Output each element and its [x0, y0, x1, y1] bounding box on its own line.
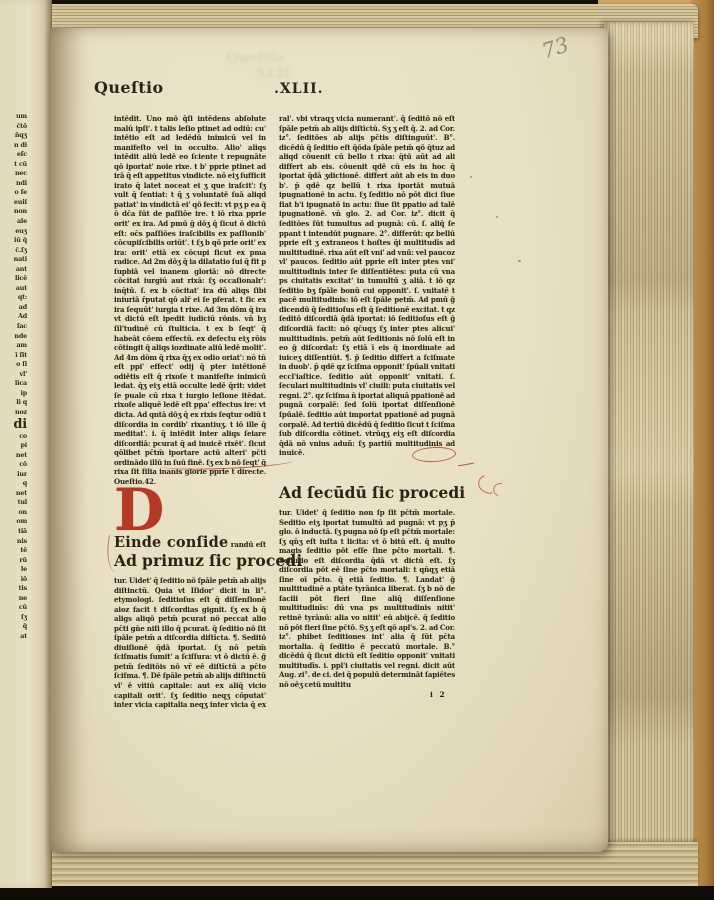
marginalia-fragment: ſʒ [0, 613, 27, 623]
marginalia-fragment: nec [0, 169, 27, 179]
marginalia-fragment: q̄ [0, 622, 27, 632]
marginalia-fragment: nati [0, 255, 27, 265]
marginalia-column: umc̄tōñqʒn dieſct cūnecndio ſeeuiſnonale… [0, 112, 27, 712]
signature-mark: i 2 [430, 690, 447, 699]
running-head-number: .XLII. [274, 81, 324, 97]
marginalia-fragment: q [0, 479, 27, 489]
marginalia-fragment: di [0, 418, 27, 432]
deinde-incipit: Einde conſide [114, 534, 228, 550]
marginalia-fragment: on [0, 508, 27, 518]
text-column-left: intēdit. Uno mō q̄ſi intēdens abſolute m… [114, 114, 266, 712]
marginalia-fragment: lica [0, 379, 27, 389]
marginalia-fragment: ñqʒ [0, 131, 27, 141]
marginalia-fragment: cō [0, 460, 27, 470]
marginalia-fragment: li q [0, 398, 27, 408]
marginalia-fragment: ant [0, 265, 27, 275]
marginalia-fragment: rū [0, 556, 27, 566]
marginalia-fragment: euiſ [0, 198, 27, 208]
marginalia-fragment: ad [0, 303, 27, 313]
marginalia-fragment: nis [0, 537, 27, 547]
marginalia-fragment: ndi [0, 179, 27, 189]
red-pen-dash [458, 463, 474, 467]
showthrough-ghost-text: Queſtio [226, 50, 284, 66]
paper-speck [470, 176, 472, 178]
book-photograph: umc̄tōñqʒn dieſct cūnecndio ſeeuiſnonale… [0, 0, 714, 900]
marginalia-fragment: ī ſit [0, 351, 27, 361]
book-cover-right-edge [691, 0, 714, 900]
marginalia-fragment: aut [0, 284, 27, 294]
marginalia-fragment: net [0, 451, 27, 461]
facing-page-sliver: umc̄tōñqʒn dieſct cūnecndio ſeeuiſnonale… [0, 0, 52, 888]
marginalia-fragment: om [0, 517, 27, 527]
rubricated-initial-D: D [114, 486, 156, 538]
marginalia-fragment: vl' [0, 370, 27, 380]
marginalia-fragment: euʒ [0, 227, 27, 237]
marginalia-fragment: t cū [0, 160, 27, 170]
marginalia-fragment: c̄tō [0, 122, 27, 132]
showthrough-ghost-text: XLII. [256, 66, 295, 82]
gutter-shadow [50, 28, 86, 852]
paragraph-ad-primum-objections: tur. Uidet' q̄ ſeditio nō ſpāle petm̄ ab… [114, 576, 266, 711]
marginalia-fragment: iur [0, 470, 27, 480]
marginalia-fragment: ne [0, 594, 27, 604]
marginalia-fragment: ip [0, 389, 27, 399]
marginalia-fragment: tiā [0, 527, 27, 537]
marginalia-fragment: tē [0, 546, 27, 556]
paper-speck [518, 260, 521, 262]
marginalia-fragment: tul [0, 498, 27, 508]
paper-speck [496, 216, 498, 218]
heading-ad-primum: Ad primuz ſic procedi [114, 550, 261, 576]
marginalia-fragment: am [0, 341, 27, 351]
marginalia-fragment: iō [0, 575, 27, 585]
marginalia-fragment: at [0, 632, 27, 642]
marginalia-fragment: c̄.ſʒ [0, 246, 27, 256]
paragraph-seditio-corpus: ral'. vbi vtraqʒ vicia numerant'. q̄ ſed… [279, 114, 455, 482]
handwritten-folio-number: 73 [539, 32, 572, 63]
marginalia-fragment: le [0, 565, 27, 575]
marginalia-fragment: Ad [0, 312, 27, 322]
paragraph-rixa-replies: intēdit. Uno mō q̄ſi intēdens abſolute m… [114, 114, 266, 484]
marginalia-fragment: co [0, 432, 27, 442]
text-column-right: ral'. vbi vtraqʒ vicia numerant'. q̄ ſed… [279, 114, 455, 712]
book-page: Queſtio XLII. Queſtio .XLII. 73 intēdit.… [50, 28, 608, 852]
marginalia-fragment: eſc [0, 150, 27, 160]
paragraph-deinde-consideranda: DEinde conſide randū eſt de ſeditiōe q̄ … [114, 484, 266, 550]
marginalia-fragment: um [0, 112, 27, 122]
marginalia-fragment: qt: [0, 293, 27, 303]
marginalia-fragment: cū [0, 603, 27, 613]
marginalia-fragment: o ſi [0, 360, 27, 370]
bottom-shadow [0, 886, 714, 900]
marginalia-fragment: ale [0, 217, 27, 227]
paragraph-seditio-mortale: tur. Uidet' q̄ ſeditio non ſp ſit pc̄tm̄… [279, 508, 455, 692]
marginalia-fragment: o ſe [0, 188, 27, 198]
marginalia-fragment: net [0, 489, 27, 499]
marginalia-fragment: ſac [0, 322, 27, 332]
marginalia-fragment: n di [0, 141, 27, 151]
fore-edge-page-stack [604, 22, 694, 886]
marginalia-fragment: licē [0, 274, 27, 284]
running-head-questio: Queſtio [94, 78, 164, 97]
marginalia-fragment: tis [0, 584, 27, 594]
heading-ad-secundum: Ad ſecūdū ſic procedi [279, 482, 450, 508]
marginalia-fragment: nde [0, 332, 27, 342]
marginalia-fragment: iū q̄ [0, 236, 27, 246]
marginalia-fragment: non [0, 207, 27, 217]
marginalia-fragment: pi [0, 441, 27, 451]
